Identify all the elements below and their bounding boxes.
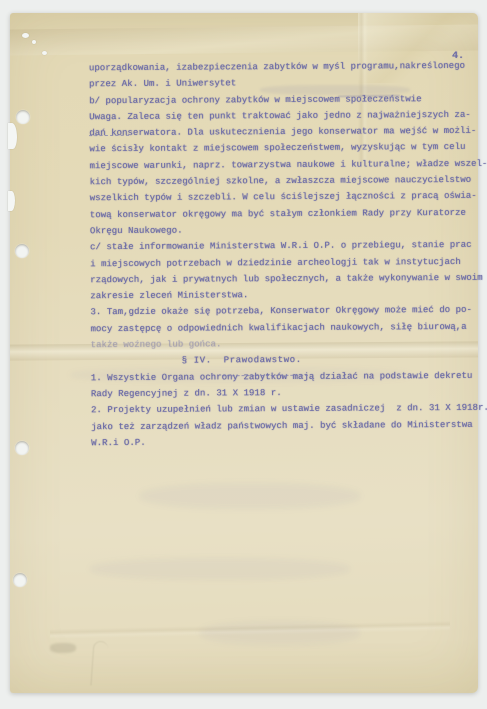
typewritten-line: rządowych, jak i prywatnych lub społeczn… — [90, 270, 482, 289]
ink-bleed-smudge — [200, 621, 360, 645]
punch-hole — [15, 441, 29, 455]
edge-tear — [8, 123, 17, 149]
section-heading: § IV. Prawodawstwo. — [91, 352, 393, 370]
typewritten-line: wszelkich typów i szczebli. W celu ściśl… — [90, 188, 482, 207]
ink-bleed-smudge — [90, 558, 350, 580]
damage-spot — [22, 33, 29, 38]
typewritten-line: W.R.i O.P. — [91, 433, 483, 452]
punch-hole — [16, 110, 30, 124]
pencil-mark — [50, 643, 76, 653]
pencil-mark — [90, 641, 108, 687]
typewritten-line: jako też zarządzeń władz państwowych maj… — [91, 416, 483, 435]
punch-hole — [13, 573, 27, 587]
typewritten-line: c/ stałe informowanie Ministerstwa W.R.i… — [90, 237, 482, 256]
damage-spot — [42, 51, 47, 55]
ink-bleed-smudge — [140, 483, 360, 509]
typewritten-line: 2. Projekty uzupełnień lub zmian w ustaw… — [91, 400, 483, 419]
damage-spot — [32, 40, 36, 44]
typewritten-text: uporządkowania, izabezpieczenia zabytków… — [89, 58, 483, 452]
edge-tear — [8, 191, 15, 211]
typewritten-line: także woźnego lub gońca. — [91, 335, 483, 354]
scanned-document-view: { "colors": { "paper": "#e5dcbc", "ink":… — [0, 0, 487, 709]
punch-hole — [15, 244, 29, 258]
paper-crease-bottom — [50, 621, 450, 639]
paper-crease-top — [10, 25, 478, 56]
document-page: 4. uporządkowania, izabezpieczenia zabyt… — [10, 13, 478, 693]
typewritten-line: tową konserwator okręgowy ma być stałym … — [90, 204, 482, 223]
typewritten-line: uporządkowania, izabezpieczenia zabytków… — [89, 58, 481, 77]
typewritten-line: 1. Wszystkie Organa ochrony zabytków maj… — [91, 367, 483, 386]
